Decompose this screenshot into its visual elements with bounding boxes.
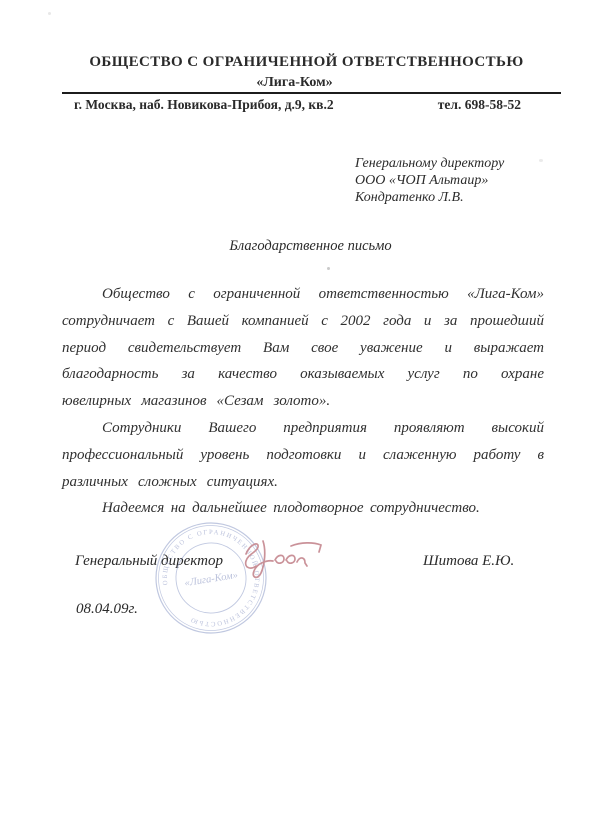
recipient-position: Генеральному директору <box>355 155 504 172</box>
scan-speck <box>327 267 330 270</box>
stamp-center-text: «Лига-Ком» <box>184 570 239 589</box>
letterhead-org-type: ОБЩЕСТВО С ОГРАНИЧЕННОЙ ОТВЕТСТВЕННОСТЬЮ <box>12 54 589 71</box>
letter-paragraph-3: Надеемся на дальнейшее плодотворное сотр… <box>62 495 544 522</box>
scan-speck <box>48 12 51 15</box>
scanned-letter-page: ОБЩЕСТВО С ОГРАНИЧЕННОЙ ОТВЕТСТВЕННОСТЬЮ… <box>0 0 589 819</box>
recipient-person: Кондратенко Л.В. <box>355 189 504 206</box>
letterhead-divider <box>62 92 561 94</box>
handwritten-signature-icon <box>233 533 333 591</box>
letter-title: Благодарственное письмо <box>16 238 589 255</box>
letterhead-org-name: «Лига-Ком» <box>0 75 589 91</box>
letterhead-address: г. Москва, наб. Новикова-Прибоя, д.9, кв… <box>74 97 334 113</box>
recipient-block: Генеральному директору ООО «ЧОП Альтаир»… <box>355 155 504 206</box>
letter-body: Общество с ограниченной ответственностью… <box>62 281 544 522</box>
letterhead-contact-row: г. Москва, наб. Новикова-Прибоя, д.9, кв… <box>62 97 561 113</box>
letter-paragraph-1: Общество с ограниченной ответственностью… <box>62 281 544 415</box>
scan-speck <box>539 159 543 162</box>
letter-date: 08.04.09г. <box>76 601 138 618</box>
signer-name: Шитова Е.Ю. <box>423 553 514 570</box>
letterhead-phone: тел. 698-58-52 <box>438 97 521 113</box>
letter-paragraph-2: Сотрудники Вашего предприятия проявляют … <box>62 415 544 495</box>
recipient-company: ООО «ЧОП Альтаир» <box>355 172 504 189</box>
